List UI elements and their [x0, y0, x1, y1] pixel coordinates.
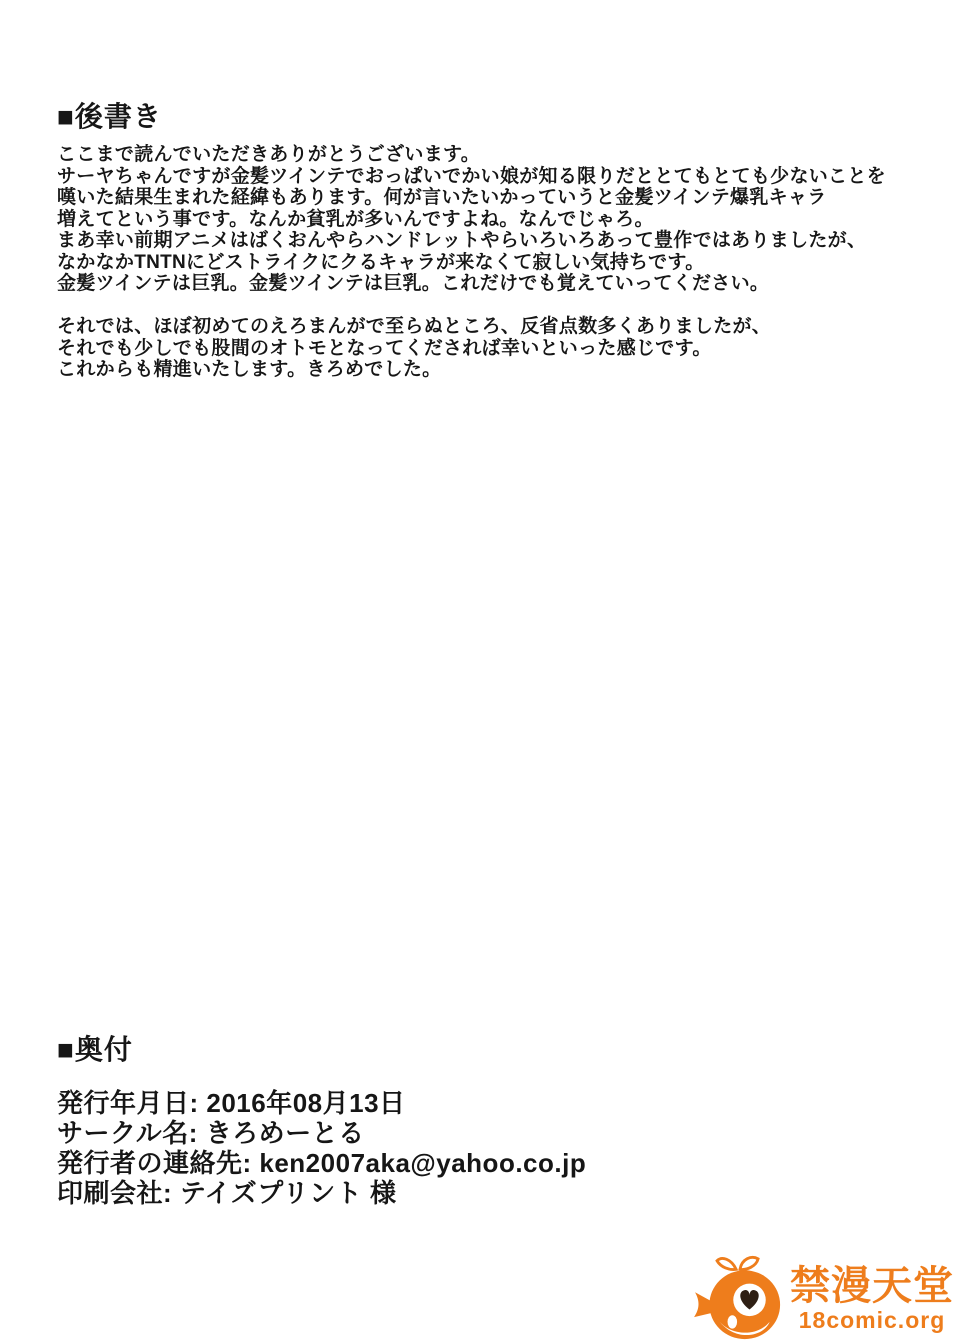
afterword-heading: ■後書き [57, 95, 162, 135]
whale-mascot-icon [690, 1255, 788, 1341]
colophon-print-company: 印刷会社: テイズプリント 様 [57, 1178, 586, 1208]
text-line: それでも少しでも股間のオトモとなってくだされば幸いといった感じです。 [57, 338, 771, 360]
colophon-info: 発行年月日: 2016年08月13日 サークル名: きろめーとる 発行者の連絡先… [57, 1088, 586, 1208]
colophon-circle-name: サークル名: きろめーとる [57, 1118, 586, 1148]
watermark-logo: 禁漫天堂 18comic.org [690, 1255, 954, 1341]
afterword-page: ■後書き ここまで読んでいただきありがとうございます。 サーヤちゃんですが金髪ツ… [0, 0, 960, 1343]
watermark-site-url: 18comic.org [799, 1308, 946, 1332]
afterword-paragraph-2: それでは、ほぼ初めてのえろまんがで至らぬところ、反省点数多くありましたが、 それ… [57, 316, 771, 381]
text-line: なかなかTNTNにどストライクにクるキャラが来なくて寂しい気持ちです。 [57, 252, 886, 274]
text-line: ここまで読んでいただきありがとうございます。 [57, 144, 886, 166]
colophon-publisher-contact: 発行者の連絡先: ken2007aka@yahoo.co.jp [57, 1148, 586, 1178]
watermark-text: 禁漫天堂 18comic.org [790, 1264, 954, 1332]
colophon-publication-date: 発行年月日: 2016年08月13日 [57, 1088, 586, 1118]
text-line: 金髪ツインテは巨乳。金髪ツインテは巨乳。これだけでも覚えていってください。 [57, 273, 886, 295]
text-line: まあ幸い前期アニメはばくおんやらハンドレットやらいろいろあって豊作ではありました… [57, 230, 886, 252]
colophon-heading: ■奥付 [57, 1028, 133, 1068]
text-line: これからも精進いたします。きろめでした。 [57, 359, 771, 381]
text-line: 嘆いた結果生まれた経緯もあります。何が言いたいかっていうと金髪ツインテ爆乳キャラ [57, 187, 886, 209]
text-line: サーヤちゃんですが金髪ツインテでおっぱいでかい娘が知る限りだととてもとても少ない… [57, 166, 886, 188]
text-line: 増えてという事です。なんか貧乳が多いんですよね。なんでじゃろ。 [57, 209, 886, 231]
text-line: それでは、ほぼ初めてのえろまんがで至らぬところ、反省点数多くありましたが、 [57, 316, 771, 338]
afterword-paragraph-1: ここまで読んでいただきありがとうございます。 サーヤちゃんですが金髪ツインテでお… [57, 144, 886, 295]
watermark-site-name: 禁漫天堂 [790, 1264, 954, 1308]
